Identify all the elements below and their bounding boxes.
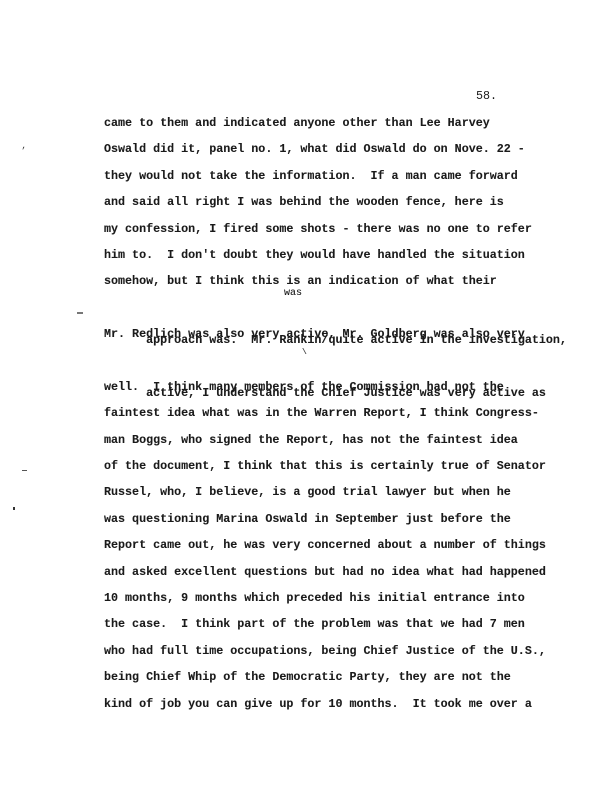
text-line: him to. I don't doubt they would have ha… [104, 247, 594, 273]
text-line: they would not take the information. If … [104, 168, 594, 194]
text-line: was questioning Marina Oswald in Septemb… [104, 511, 594, 537]
body-text: came to them and indicated anyone other … [104, 115, 594, 722]
text-line: the case. I think part of the problem wa… [104, 616, 594, 642]
page-number: 58. [476, 89, 497, 103]
text-line: being Chief Whip of the Democratic Party… [104, 669, 594, 695]
text-line: who had full time occupations, being Chi… [104, 643, 594, 669]
text-line-with-caret: \ active, I understand the Chief Justice… [104, 353, 594, 379]
text-line: kind of job you can give up for 10 month… [104, 696, 594, 722]
text-line: man Boggs, who signed the Report, has no… [104, 432, 594, 458]
text-line: somehow, but I think this is an indicati… [104, 273, 594, 299]
margin-speck [77, 312, 83, 314]
margin-speck [22, 470, 27, 471]
text-line: came to them and indicated anyone other … [104, 115, 594, 141]
text-line-with-insert: was approach was. Mr. Rankin/quite activ… [104, 300, 594, 326]
text-line: 10 months, 9 months which preceded his i… [104, 590, 594, 616]
text-line: well. I think many members of the Commis… [104, 379, 594, 405]
caret-mark: \ [302, 349, 307, 357]
text-line: Report came out, he was very concerned a… [104, 537, 594, 563]
text-line: Oswald did it, panel no. 1, what did Osw… [104, 141, 594, 167]
text-line: Mr. Redlich was also very active, Mr. Go… [104, 326, 594, 352]
margin-speck [13, 507, 15, 510]
text-line: and said all right I was behind the wood… [104, 194, 594, 220]
text-line: faintest idea what was in the Warren Rep… [104, 405, 594, 431]
handwritten-insert: was [284, 289, 302, 299]
text-line: and asked excellent questions but had no… [104, 564, 594, 590]
margin-mark: ‚ [21, 142, 26, 151]
text-line: Russel, who, I believe, is a good trial … [104, 484, 594, 510]
text-line: of the document, I think that this is ce… [104, 458, 594, 484]
text-line: my confession, I fired some shots - ther… [104, 221, 594, 247]
document-page: 58. ‚ came to them and indicated anyone … [0, 0, 612, 791]
